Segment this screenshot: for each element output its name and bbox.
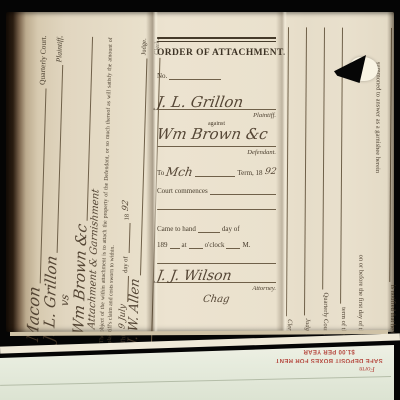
summoned-text: summoned to answer as a garnishee herein (374, 62, 382, 173)
dayof-label: day of (222, 225, 240, 233)
header-rule (157, 37, 276, 42)
to-label: To (157, 169, 164, 177)
case-number-line: No. (157, 71, 276, 80)
came-label: Came to hand (157, 225, 196, 233)
blank-line (157, 208, 276, 210)
stamp-line1: SAFE DEPOSIT BOXES FOR RENT (272, 355, 386, 364)
plaintiff-label: Plaintiff, (54, 36, 64, 63)
term-label: Term, 18 (237, 169, 262, 177)
case-note-handwriting: Attachment & Garnishment (87, 188, 100, 330)
meridiem-label: M. (242, 241, 250, 249)
stamp-line2: $1.00 PER YEAR (272, 346, 386, 355)
plaintiff-name-line: J. L. Grillon (157, 96, 276, 110)
dayof-label: day of (122, 256, 129, 273)
scanned-legal-document-photo: Macon Quarterly Court. J. L. Grillon Pla… (0, 0, 400, 400)
order-form-panel: ORDER OF ATTACHMENT. No. J. L. Grillon P… (157, 34, 276, 330)
court-label: Quarterly Court. (38, 35, 48, 85)
came-to-hand-line: Came to hand day of (157, 224, 276, 233)
form-title: ORDER OF ATTACHMENT. (157, 48, 276, 58)
commences-label: Court commences (157, 187, 208, 195)
blank-line (169, 71, 221, 80)
docket-panel: Macon Quarterly Court. J. L. Grillon Pla… (26, 35, 156, 344)
term-month-handwriting: Mch (166, 167, 194, 177)
attorney-label: Attorney. (157, 285, 276, 292)
note-handwriting: Chag (202, 294, 230, 305)
blank-line (157, 262, 276, 264)
stationery-rule-line (0, 376, 391, 386)
year-handwriting: 92 (121, 199, 131, 212)
court-line: Quarterly Court. (322, 27, 333, 335)
attachment-form-paper: Macon Quarterly Court. J. L. Grillon Pla… (6, 12, 394, 332)
blank-line (189, 240, 203, 249)
blank-line (121, 223, 131, 253)
attorney-signature-line: J. J. Wilson (157, 270, 276, 283)
plaintiff-label: Plaintiff. (157, 112, 276, 119)
plaintiff-handwriting: J. L. Grillon (156, 96, 244, 109)
commences-line: Court commences (157, 186, 276, 195)
defendant-handwriting: Wm Brown &c (72, 223, 87, 336)
blank-line (322, 27, 333, 289)
defendant-handwriting: Wm Brown &c (156, 128, 269, 141)
came-year-line: 189 at o'clock M. (157, 240, 276, 249)
judge-line: Judge. (304, 27, 315, 335)
blank-line (157, 145, 276, 147)
safe-deposit-stamp: SAFE DEPOSIT BOXES FOR RENT $1.00 PER YE… (272, 346, 386, 364)
no-label: No. (157, 72, 167, 80)
term-line: To Mch Term, 18 92 (157, 167, 276, 177)
court-text: Quarterly Court. (322, 292, 329, 335)
blank-line (195, 168, 235, 177)
at-label: at (182, 241, 187, 249)
fold-crease-left (146, 12, 158, 332)
blank-line (198, 224, 220, 233)
paper-right-edge-shadow (387, 12, 394, 332)
term-year-handwriting: 92 (264, 167, 277, 177)
plaintiff-handwriting: J. L. Grillon (43, 254, 57, 342)
before-text: on or before the first day of the (357, 255, 365, 336)
year-label: 189 (157, 241, 168, 249)
fold-crease-right (276, 12, 287, 332)
blank-line (226, 240, 240, 249)
docket-note-line: Chag (157, 294, 276, 305)
year-prefix-label: 18 (124, 214, 131, 221)
defendant-name-line: Wm Brown &c (157, 128, 276, 141)
form-corner-label: Form (352, 365, 382, 373)
attorney-signature-handwriting: J. J. Wilson (156, 270, 232, 282)
blank-line (304, 27, 315, 315)
blank-line (210, 186, 276, 195)
blank-line (170, 240, 180, 249)
oclock-label: o'clock (205, 241, 225, 249)
defendant-label: Defendant. (157, 149, 276, 156)
blank-line (286, 27, 297, 316)
clerk-line: Clerk. (286, 27, 297, 335)
